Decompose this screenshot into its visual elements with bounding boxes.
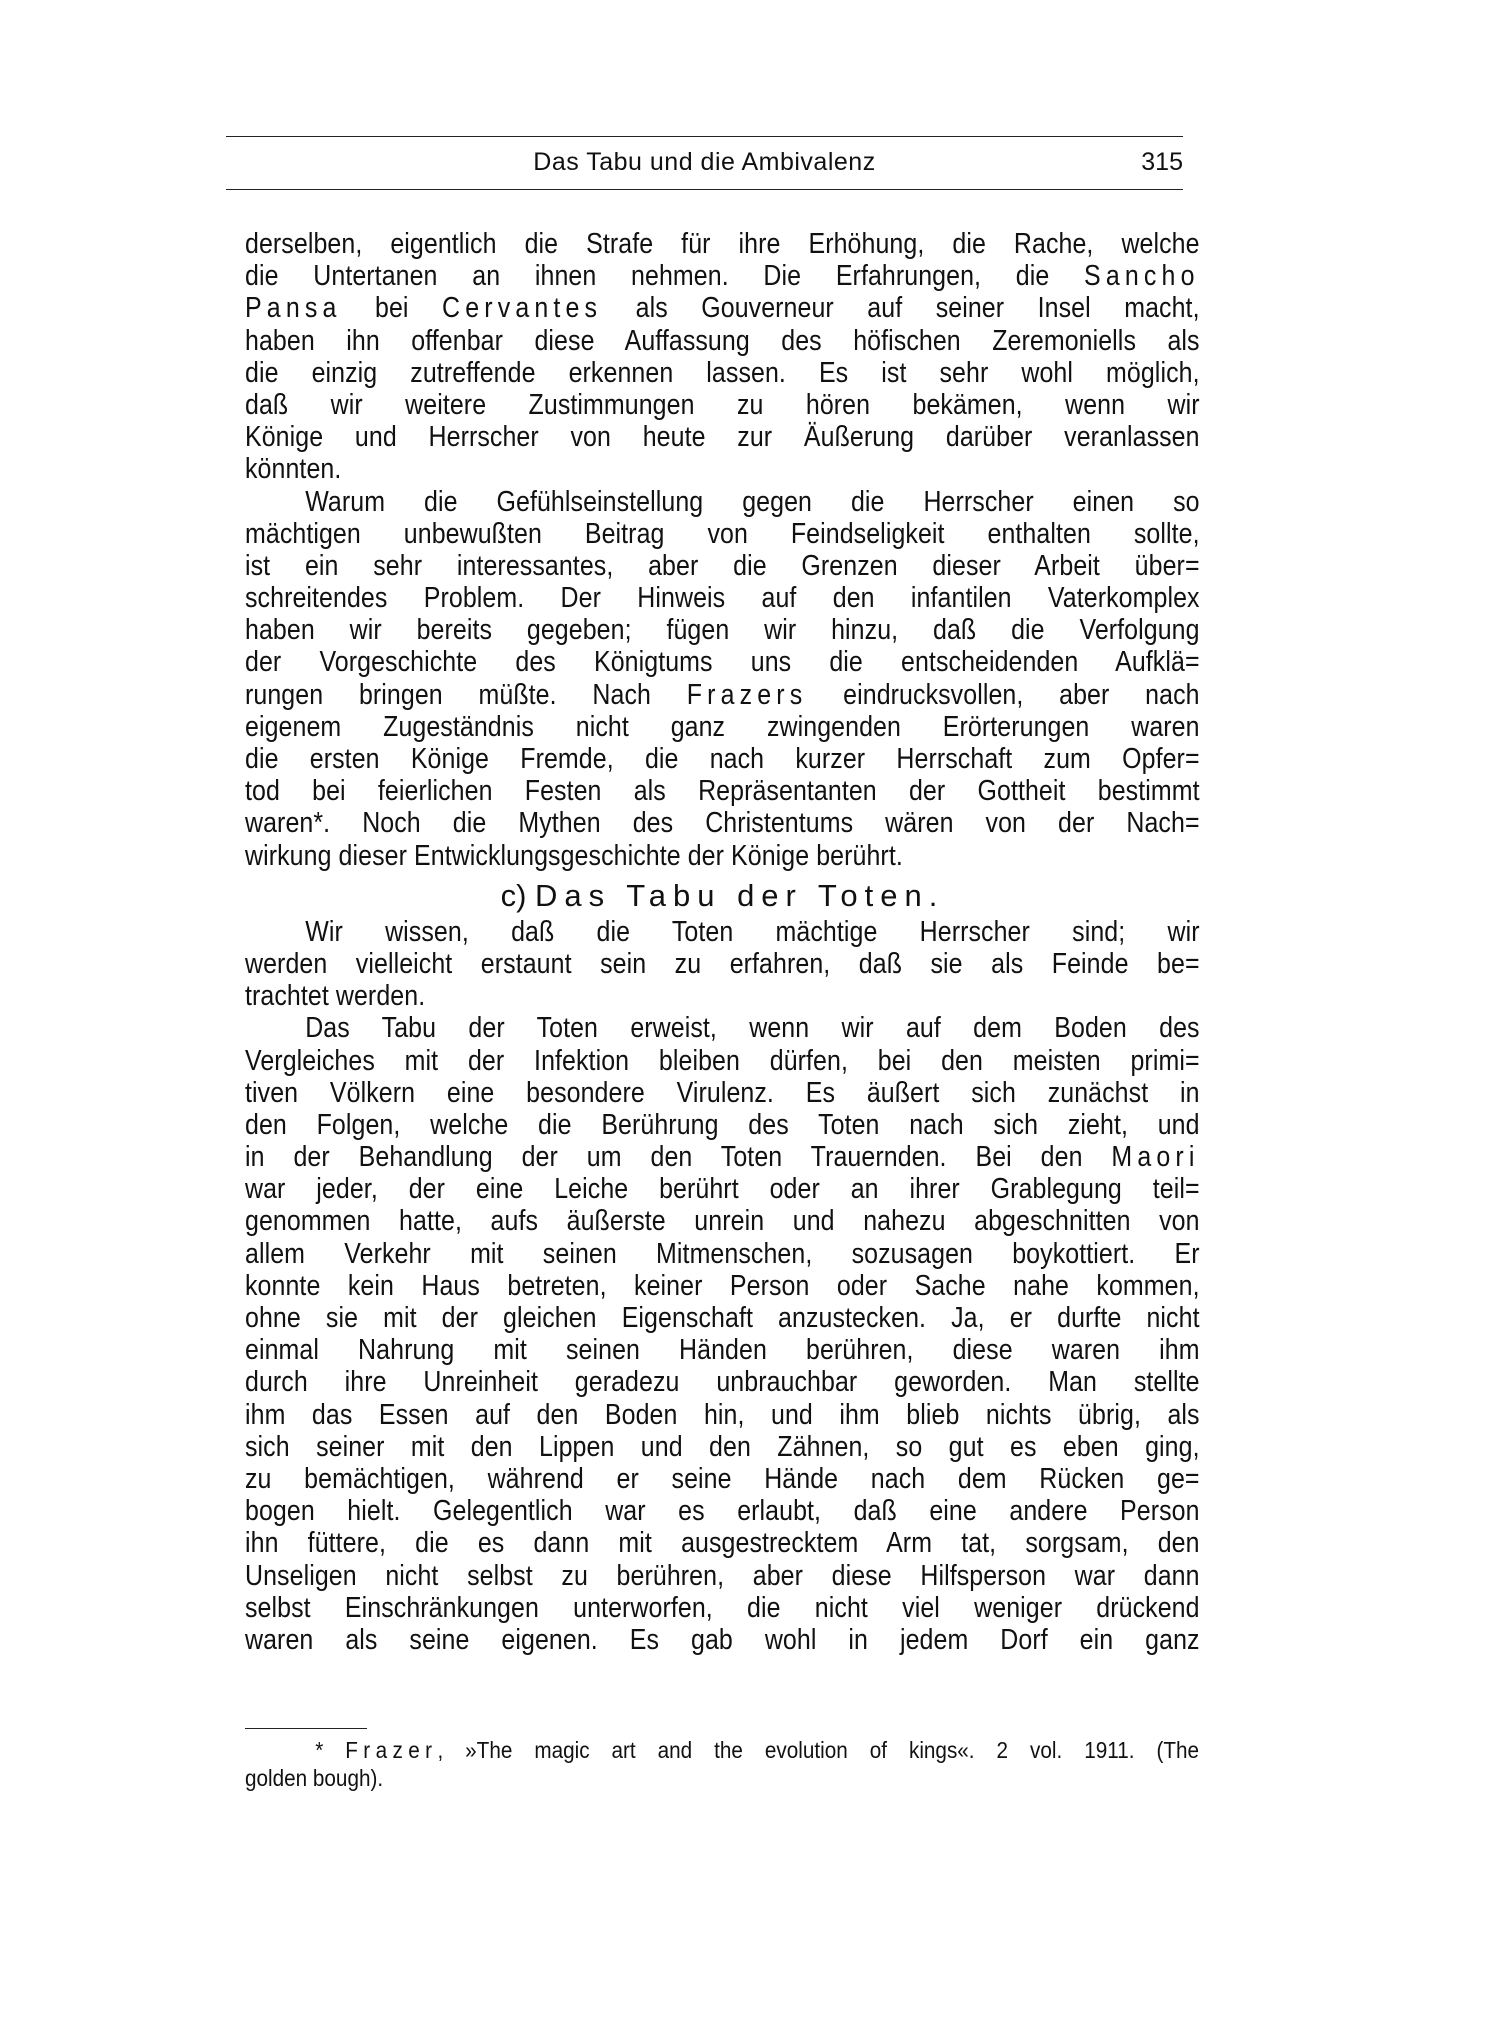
text-line: durch ihre Unreinheit geradezu unbrauchb…	[245, 1366, 1200, 1398]
text-line: selbst Einschränkungen unterworfen, die …	[245, 1592, 1200, 1624]
text-line: allem Verkehr mit seinen Mitmenschen, so…	[245, 1238, 1200, 1270]
text-line: ohne sie mit der gleichen Eigenschaft an…	[245, 1302, 1200, 1334]
text-line: derselben, eigentlich die Strafe für ihr…	[245, 228, 1200, 260]
text-line: genommen hatte, aufs äußerste unrein und…	[245, 1205, 1200, 1237]
text-line: die einzig zutreffende erkennen lassen. …	[245, 357, 1200, 389]
text-line: Könige und Herrscher von heute zur Äußer…	[245, 421, 1200, 453]
text-line: zu bemächtigen, während er seine Hände n…	[245, 1463, 1200, 1495]
text-line: tod bei feierlichen Festen als Repräsent…	[245, 775, 1200, 807]
text-line: wirkung dieser Entwicklungsgeschichte de…	[245, 840, 1200, 872]
text-line: könnten.	[245, 453, 1200, 485]
text-line: die ersten Könige Fremde, die nach kurze…	[245, 743, 1200, 775]
text-line: ihn füttere, die es dann mit ausgestreck…	[245, 1527, 1200, 1559]
section-heading: c) Das Tabu der Toten.	[245, 872, 1200, 916]
text-line: ist ein sehr interessantes, aber die Gre…	[245, 550, 1200, 582]
footnote-divider	[245, 1728, 367, 1729]
text-line: werden vielleicht erstaunt sein zu erfah…	[245, 948, 1200, 980]
running-header: Das Tabu und die Ambivalenz 315	[226, 136, 1183, 190]
page-number: 315	[1141, 148, 1183, 177]
text-line: rungen bringen müßte. Nach Frazers eindr…	[245, 679, 1200, 711]
text-line: in der Behandlung der um den Toten Traue…	[245, 1141, 1200, 1173]
text-line: Vergleiches mit der Infektion bleiben dü…	[245, 1045, 1200, 1077]
text-line: trachtet werden.	[245, 980, 1200, 1012]
text-run: als Gouverneur auf seiner Insel macht,	[602, 292, 1199, 324]
footnote-reference-line: waren*. Noch die Mythen des Christentums…	[245, 807, 1200, 839]
text-line: einmal Nahrung mit seinen Händen berühre…	[245, 1334, 1200, 1366]
text-line: sich seiner mit den Lippen und den Zähne…	[245, 1431, 1200, 1463]
text-line: Das Tabu der Toten erweist, wenn wir auf…	[245, 1012, 1200, 1044]
footnote-line: golden bough).	[245, 1764, 1199, 1792]
text-run: rungen bringen müßte. Nach	[245, 679, 687, 711]
text-line: haben wir bereits gegeben; fügen wir hin…	[245, 614, 1200, 646]
text-run: eindrucksvollen, aber nach	[807, 679, 1199, 711]
text-line: waren als seine eigenen. Es gab wohl in …	[245, 1624, 1200, 1656]
text-run: die Untertanen an ihnen nehmen. Die Erfa…	[245, 260, 1084, 292]
spaced-name-cervantes: Cervantes	[442, 292, 602, 324]
body-text: derselben, eigentlich die Strafe für ihr…	[245, 228, 1200, 1656]
footnote-line: * Frazer, »The magic art and the evoluti…	[245, 1736, 1199, 1764]
spaced-name-maori: Maori	[1111, 1141, 1199, 1173]
text-line: Warum die Gefühlseinstellung gegen die H…	[245, 486, 1200, 518]
footnote-marker: *	[315, 1737, 345, 1763]
text-line: haben ihn offenbar diese Auffassung des …	[245, 325, 1200, 357]
text-line: Pansa bei Cervantes als Gouverneur auf s…	[245, 292, 1200, 324]
text-line: bogen hielt. Gelegentlich war es erlaubt…	[245, 1495, 1200, 1527]
text-line: daß wir weitere Zustimmungen zu hören be…	[245, 389, 1200, 421]
text-line: Wir wissen, daß die Toten mächtige Herrs…	[245, 916, 1200, 948]
spaced-name-sancho: Sancho	[1084, 260, 1200, 292]
running-title: Das Tabu und die Ambivalenz	[226, 148, 1183, 177]
footnote-text: , »The magic art and the evolution of ki…	[437, 1737, 1199, 1763]
text-line: die Untertanen an ihnen nehmen. Die Erfa…	[245, 260, 1200, 292]
text-line: mächtigen unbewußten Beitrag von Feindse…	[245, 518, 1200, 550]
text-line: den Folgen, welche die Berührung des Tot…	[245, 1109, 1200, 1141]
text-line: schreitendes Problem. Der Hinweis auf de…	[245, 582, 1200, 614]
text-line: ihm das Essen auf den Boden hin, und ihm…	[245, 1399, 1200, 1431]
text-run: bei	[342, 292, 443, 324]
text-run: in der Behandlung der um den Toten Traue…	[245, 1141, 1111, 1173]
text-line: konnte kein Haus betreten, keiner Person…	[245, 1270, 1200, 1302]
section-title: Das Tabu der Toten.	[535, 878, 944, 913]
spaced-name-pansa: Pansa	[245, 292, 342, 324]
book-page: Das Tabu und die Ambivalenz 315 derselbe…	[0, 0, 1499, 2038]
text-line: war jeder, der eine Leiche berührt oder …	[245, 1173, 1200, 1205]
text-line: Unseligen nicht selbst zu berühren, aber…	[245, 1560, 1200, 1592]
text-line: eigenem Zugeständnis nicht ganz zwingend…	[245, 711, 1200, 743]
text-line: tiven Völkern eine besondere Virulenz. E…	[245, 1077, 1200, 1109]
footnote: * Frazer, »The magic art and the evoluti…	[245, 1736, 1200, 1792]
spaced-name-frazers: Frazers	[687, 679, 808, 711]
section-label: c)	[501, 878, 535, 913]
text-line: der Vorgeschichte des Königtums uns die …	[245, 646, 1200, 678]
footnote-author: Frazer	[345, 1737, 437, 1763]
